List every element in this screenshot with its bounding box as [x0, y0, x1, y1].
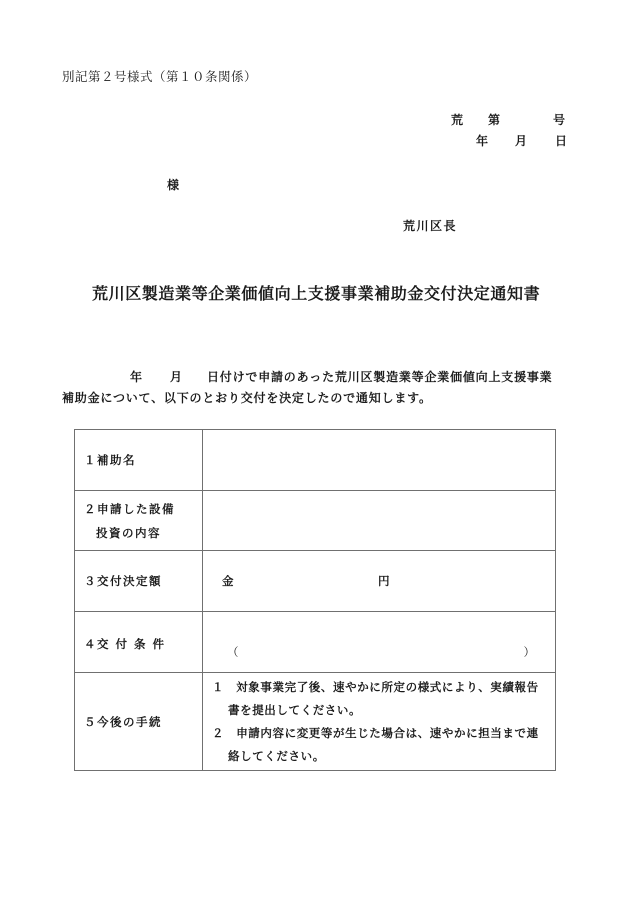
row-value: 金 円: [203, 551, 556, 612]
date-year: 年: [476, 132, 488, 149]
table-row: ３交付決定額 金 円: [75, 551, 556, 612]
table-row: ２申請した設備 投資の内容: [75, 491, 556, 551]
ref-prefix: 荒: [451, 111, 463, 128]
paren-close: ）: [524, 644, 536, 660]
row-value: [203, 430, 556, 491]
table-row: １補助名: [75, 430, 556, 491]
row-label: ２申請した設備 投資の内容: [75, 491, 203, 551]
procedure-item-1: １ 対象事業完了後、速やかに所定の様式により、実績報告 書を提出してください。: [203, 676, 555, 722]
date-month: 月: [515, 132, 527, 149]
body-line1: 日付けで申請のあった荒川区製造業等企業価値向上支援事業: [207, 368, 552, 385]
issuer-name: 荒川区長: [403, 217, 457, 234]
details-table: １補助名 ２申請した設備 投資の内容 ３交付決定額 金 円 ４交 付 条 件 （…: [74, 429, 556, 771]
paren-open: （: [227, 644, 239, 660]
addressee-suffix: 様: [167, 176, 179, 193]
row-value: １ 対象事業完了後、速やかに所定の様式により、実績報告 書を提出してください。 …: [203, 673, 556, 771]
amount-prefix: 金: [222, 573, 234, 589]
form-identifier: 別記第２号様式（第１０条関係）: [62, 67, 257, 85]
row-label: ３交付決定額: [75, 551, 203, 612]
document-title: 荒川区製造業等企業価値向上支援事業補助金交付決定通知書: [92, 281, 540, 304]
row-label: １補助名: [75, 430, 203, 491]
table-row: ４交 付 条 件 （ ）: [75, 612, 556, 673]
body-line2: 補助金について、以下のとおり交付を決定したので通知します。: [62, 389, 432, 406]
body-year: 年: [130, 368, 143, 385]
amount-suffix: 円: [378, 573, 390, 589]
row-label: ５今後の手続: [75, 673, 203, 771]
row-value: （ ）: [203, 612, 556, 673]
body-month: 月: [170, 368, 183, 385]
date-day: 日: [555, 132, 567, 149]
label-line1: ２申請した設備: [84, 497, 202, 521]
ref-go: 号: [553, 111, 565, 128]
label-line2: 投資の内容: [84, 521, 202, 545]
row-label: ４交 付 条 件: [75, 612, 203, 673]
ref-dai: 第: [488, 111, 500, 128]
row-value: [203, 491, 556, 551]
table-row: ５今後の手続 １ 対象事業完了後、速やかに所定の様式により、実績報告 書を提出し…: [75, 673, 556, 771]
procedure-item-2: ２ 申請内容に変更等が生じた場合は、速やかに担当まで連 絡してください。: [203, 722, 555, 768]
